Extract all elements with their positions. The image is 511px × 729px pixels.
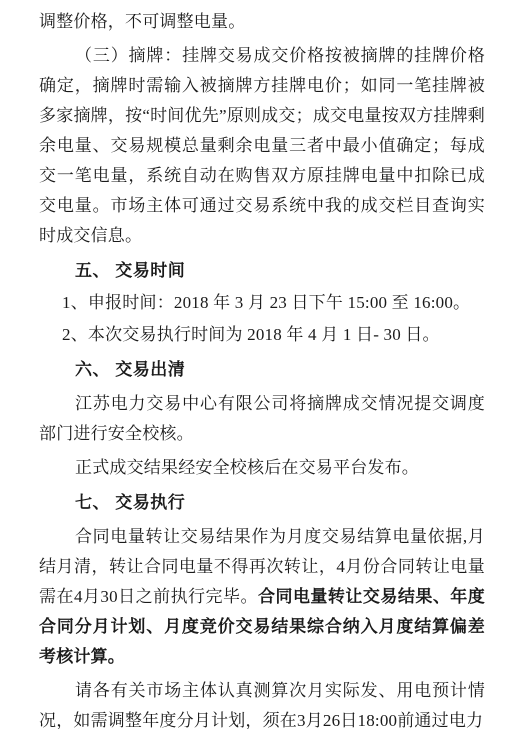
list-item-execution-time: 2、本次交易执行时间为 2018 年 4 月 1 日- 30 日。 <box>39 320 485 350</box>
document-page: 调整价格，不可调整电量。（三）摘牌：挂牌交易成交价格按被摘牌的挂牌价格确定，摘牌… <box>0 0 511 729</box>
paragraph-clearing-publish: 正式成交结果经安全校核后在交易平台发布。 <box>39 453 485 483</box>
paragraph-top-cutoff: 调整价格，不可调整电量。 <box>39 7 485 37</box>
paragraph-delisting-rule: （三）摘牌：挂牌交易成交价格按被摘牌的挂牌价格确定，摘牌时需输入被摘牌方挂牌电价… <box>39 41 485 251</box>
section-heading-trade-execution: 七、 交易执行 <box>39 488 485 518</box>
paragraph-clearing-check: 江苏电力交易中心有限公司将摘牌成交情况提交调度部门进行安全校核。 <box>39 389 485 449</box>
section-heading-trade-clearing: 六、 交易出清 <box>39 355 485 385</box>
paragraph-monthly-plan-adjustment: 请各有关市场主体认真测算次月实际发、用电预计情况，如需调整年度分月计划，须在3月… <box>39 676 485 729</box>
section-heading-trading-time: 五、 交易时间 <box>39 256 485 286</box>
document-content: 调整价格，不可调整电量。（三）摘牌：挂牌交易成交价格按被摘牌的挂牌价格确定，摘牌… <box>39 7 485 729</box>
list-item-declaration-time: 1、申报时间：2018 年 3 月 23 日下午 15:00 至 16:00。 <box>39 288 485 318</box>
text-run-underline: 如需调整年度分月计划，须在3月26日18:00前通过电力 <box>73 711 483 729</box>
paragraph-execution-settlement: 合同电量转让交易结果作为月度交易结算电量依据,月结月清，转让合同电量不得再次转让… <box>39 522 485 672</box>
